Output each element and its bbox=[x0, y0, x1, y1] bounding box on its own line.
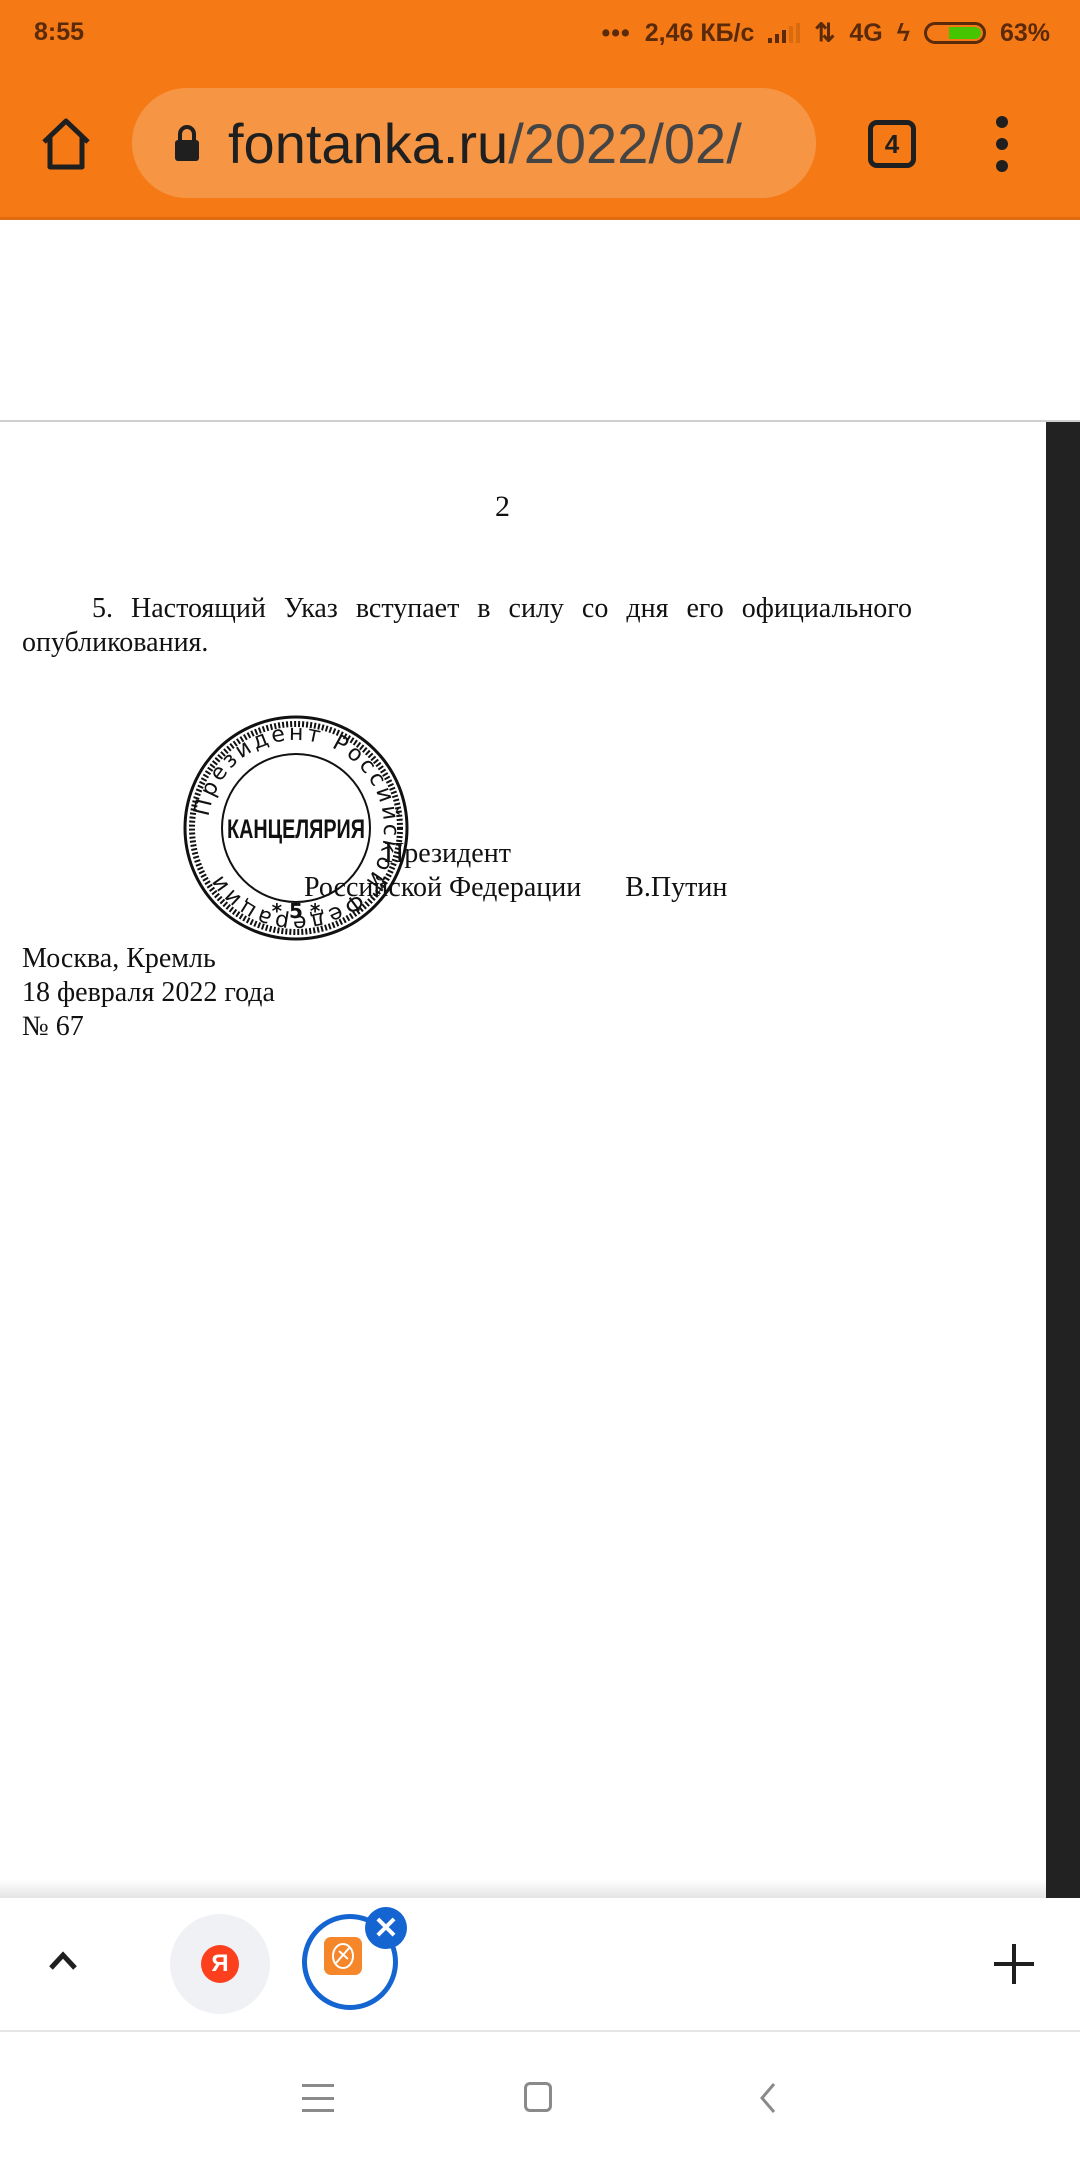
tab-switcher-button[interactable]: 4 bbox=[868, 120, 916, 168]
tab-fontanka-active[interactable]: ✕ bbox=[302, 1914, 398, 2010]
network-type: 4G bbox=[849, 19, 882, 48]
system-nav-bar bbox=[0, 2032, 1080, 2160]
new-tab-button[interactable] bbox=[994, 1944, 1034, 1984]
decree-paragraph: 5. Настоящий Указ вступает в силу со дня… bbox=[22, 592, 912, 660]
browser-toolbar: fontanka.ru/2022/02/ 4 bbox=[0, 66, 1080, 220]
scrollbar[interactable] bbox=[1046, 422, 1080, 1898]
status-bar: 8:55 ••• 2,46 КБ/с ⇅ 4G ϟ 63% bbox=[0, 0, 1080, 66]
lock-icon[interactable] bbox=[172, 123, 202, 163]
decree-place-date: Москва, Кремль 18 февраля 2022 года № 67 bbox=[22, 942, 275, 1044]
url-domain: fontanka.ru bbox=[228, 112, 508, 175]
more-dots-icon: ••• bbox=[601, 19, 630, 48]
svg-text:КАНЦЕЛЯРИЯ: КАНЦЕЛЯРИЯ bbox=[227, 814, 365, 844]
decree-number: № 67 bbox=[22, 1010, 275, 1044]
official-stamp: Президент Российской Федерации КАНЦЕЛЯРИ… bbox=[182, 714, 410, 942]
url-path: /2022/02/ bbox=[508, 112, 742, 175]
url-text[interactable]: fontanka.ru/2022/02/ bbox=[228, 111, 742, 176]
signatory-name: В.Путин bbox=[625, 872, 727, 903]
signal-icon bbox=[768, 23, 800, 43]
signatory-title: Президент bbox=[384, 838, 511, 870]
battery-icon bbox=[924, 22, 986, 44]
net-speed: 2,46 КБ/с bbox=[645, 19, 755, 48]
yandex-favicon: Я bbox=[201, 1945, 239, 1983]
page-number: 2 bbox=[495, 490, 510, 524]
data-transfer-icon: ⇅ bbox=[814, 18, 835, 48]
close-tab-button[interactable]: ✕ bbox=[365, 1907, 407, 1949]
home-icon[interactable] bbox=[38, 116, 94, 172]
back-icon[interactable] bbox=[756, 2082, 780, 2114]
charging-bolt-icon: ϟ bbox=[897, 19, 910, 48]
clock: 8:55 bbox=[34, 18, 84, 47]
address-bar[interactable]: fontanka.ru/2022/02/ bbox=[132, 88, 816, 198]
chevron-up-icon[interactable] bbox=[46, 1944, 80, 1978]
signatory-line: Российской ФедерацииВ.Путин bbox=[304, 872, 727, 904]
recents-icon[interactable] bbox=[302, 2084, 334, 2112]
home-square-icon[interactable] bbox=[524, 2082, 552, 2112]
battery-percent: 63% bbox=[1000, 19, 1050, 48]
place: Москва, Кремль bbox=[22, 942, 275, 976]
status-icons: ••• 2,46 КБ/с ⇅ 4G ϟ 63% bbox=[601, 18, 1050, 48]
tab-yandex[interactable]: Я bbox=[170, 1914, 270, 2014]
tab-strip: Я ✕ bbox=[0, 1898, 1080, 2032]
bottom-shadow bbox=[0, 1880, 1046, 1898]
date: 18 февраля 2022 года bbox=[22, 976, 275, 1010]
battery-level bbox=[949, 27, 981, 39]
tab-count: 4 bbox=[885, 129, 899, 160]
pdf-page: 2 5. Настоящий Указ вступает в силу со д… bbox=[0, 422, 1046, 1898]
more-vertical-icon[interactable] bbox=[990, 116, 1014, 172]
fontanka-favicon bbox=[324, 1937, 362, 1975]
